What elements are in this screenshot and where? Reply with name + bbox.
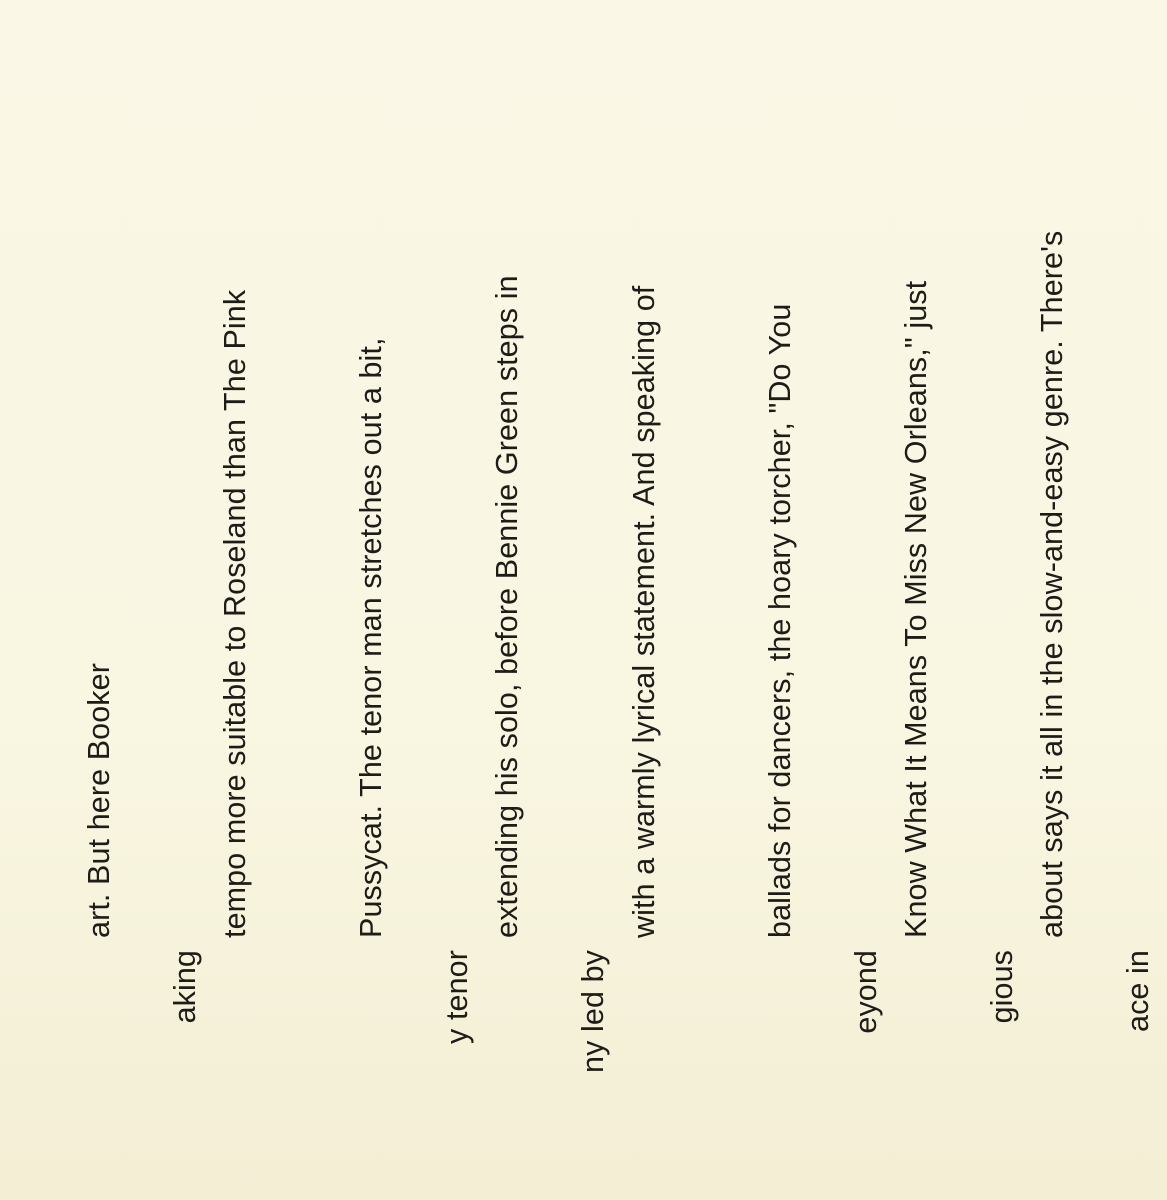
- text-line: gious: [980, 950, 1025, 1200]
- text-line: [708, 950, 753, 1200]
- text-line: with a warmly lyrical statement. And spe…: [622, 0, 667, 938]
- text-line: extending his solo, before Bennie Green …: [485, 0, 530, 938]
- text-line: Pussycat. The tenor man stretches out a …: [349, 0, 394, 938]
- text-line: art. But here Booker: [77, 0, 122, 938]
- text-line: y tenor: [435, 950, 480, 1200]
- text-line: [299, 950, 344, 1200]
- text-line: Know What It Means To Miss New Orleans,"…: [894, 0, 939, 938]
- text-line: eyond: [844, 950, 889, 1200]
- text-line: about says it all in the slow-and-easy g…: [1030, 0, 1075, 938]
- text-line: ace in: [1116, 950, 1161, 1200]
- left-column-fragment: aking y tenor ny led by eyond gious ace …: [72, 950, 1167, 1200]
- main-column: art. But here Booker tempo more suitable…: [0, 0, 1167, 938]
- text-line: tempo more suitable to Roseland than The…: [213, 0, 258, 938]
- text-line: ny led by: [571, 950, 616, 1200]
- text-line: aking: [163, 950, 208, 1200]
- text-line: ballads for dancers, the hoary torcher, …: [758, 0, 803, 938]
- scanned-page: aking y tenor ny led by eyond gious ace …: [0, 0, 1167, 1200]
